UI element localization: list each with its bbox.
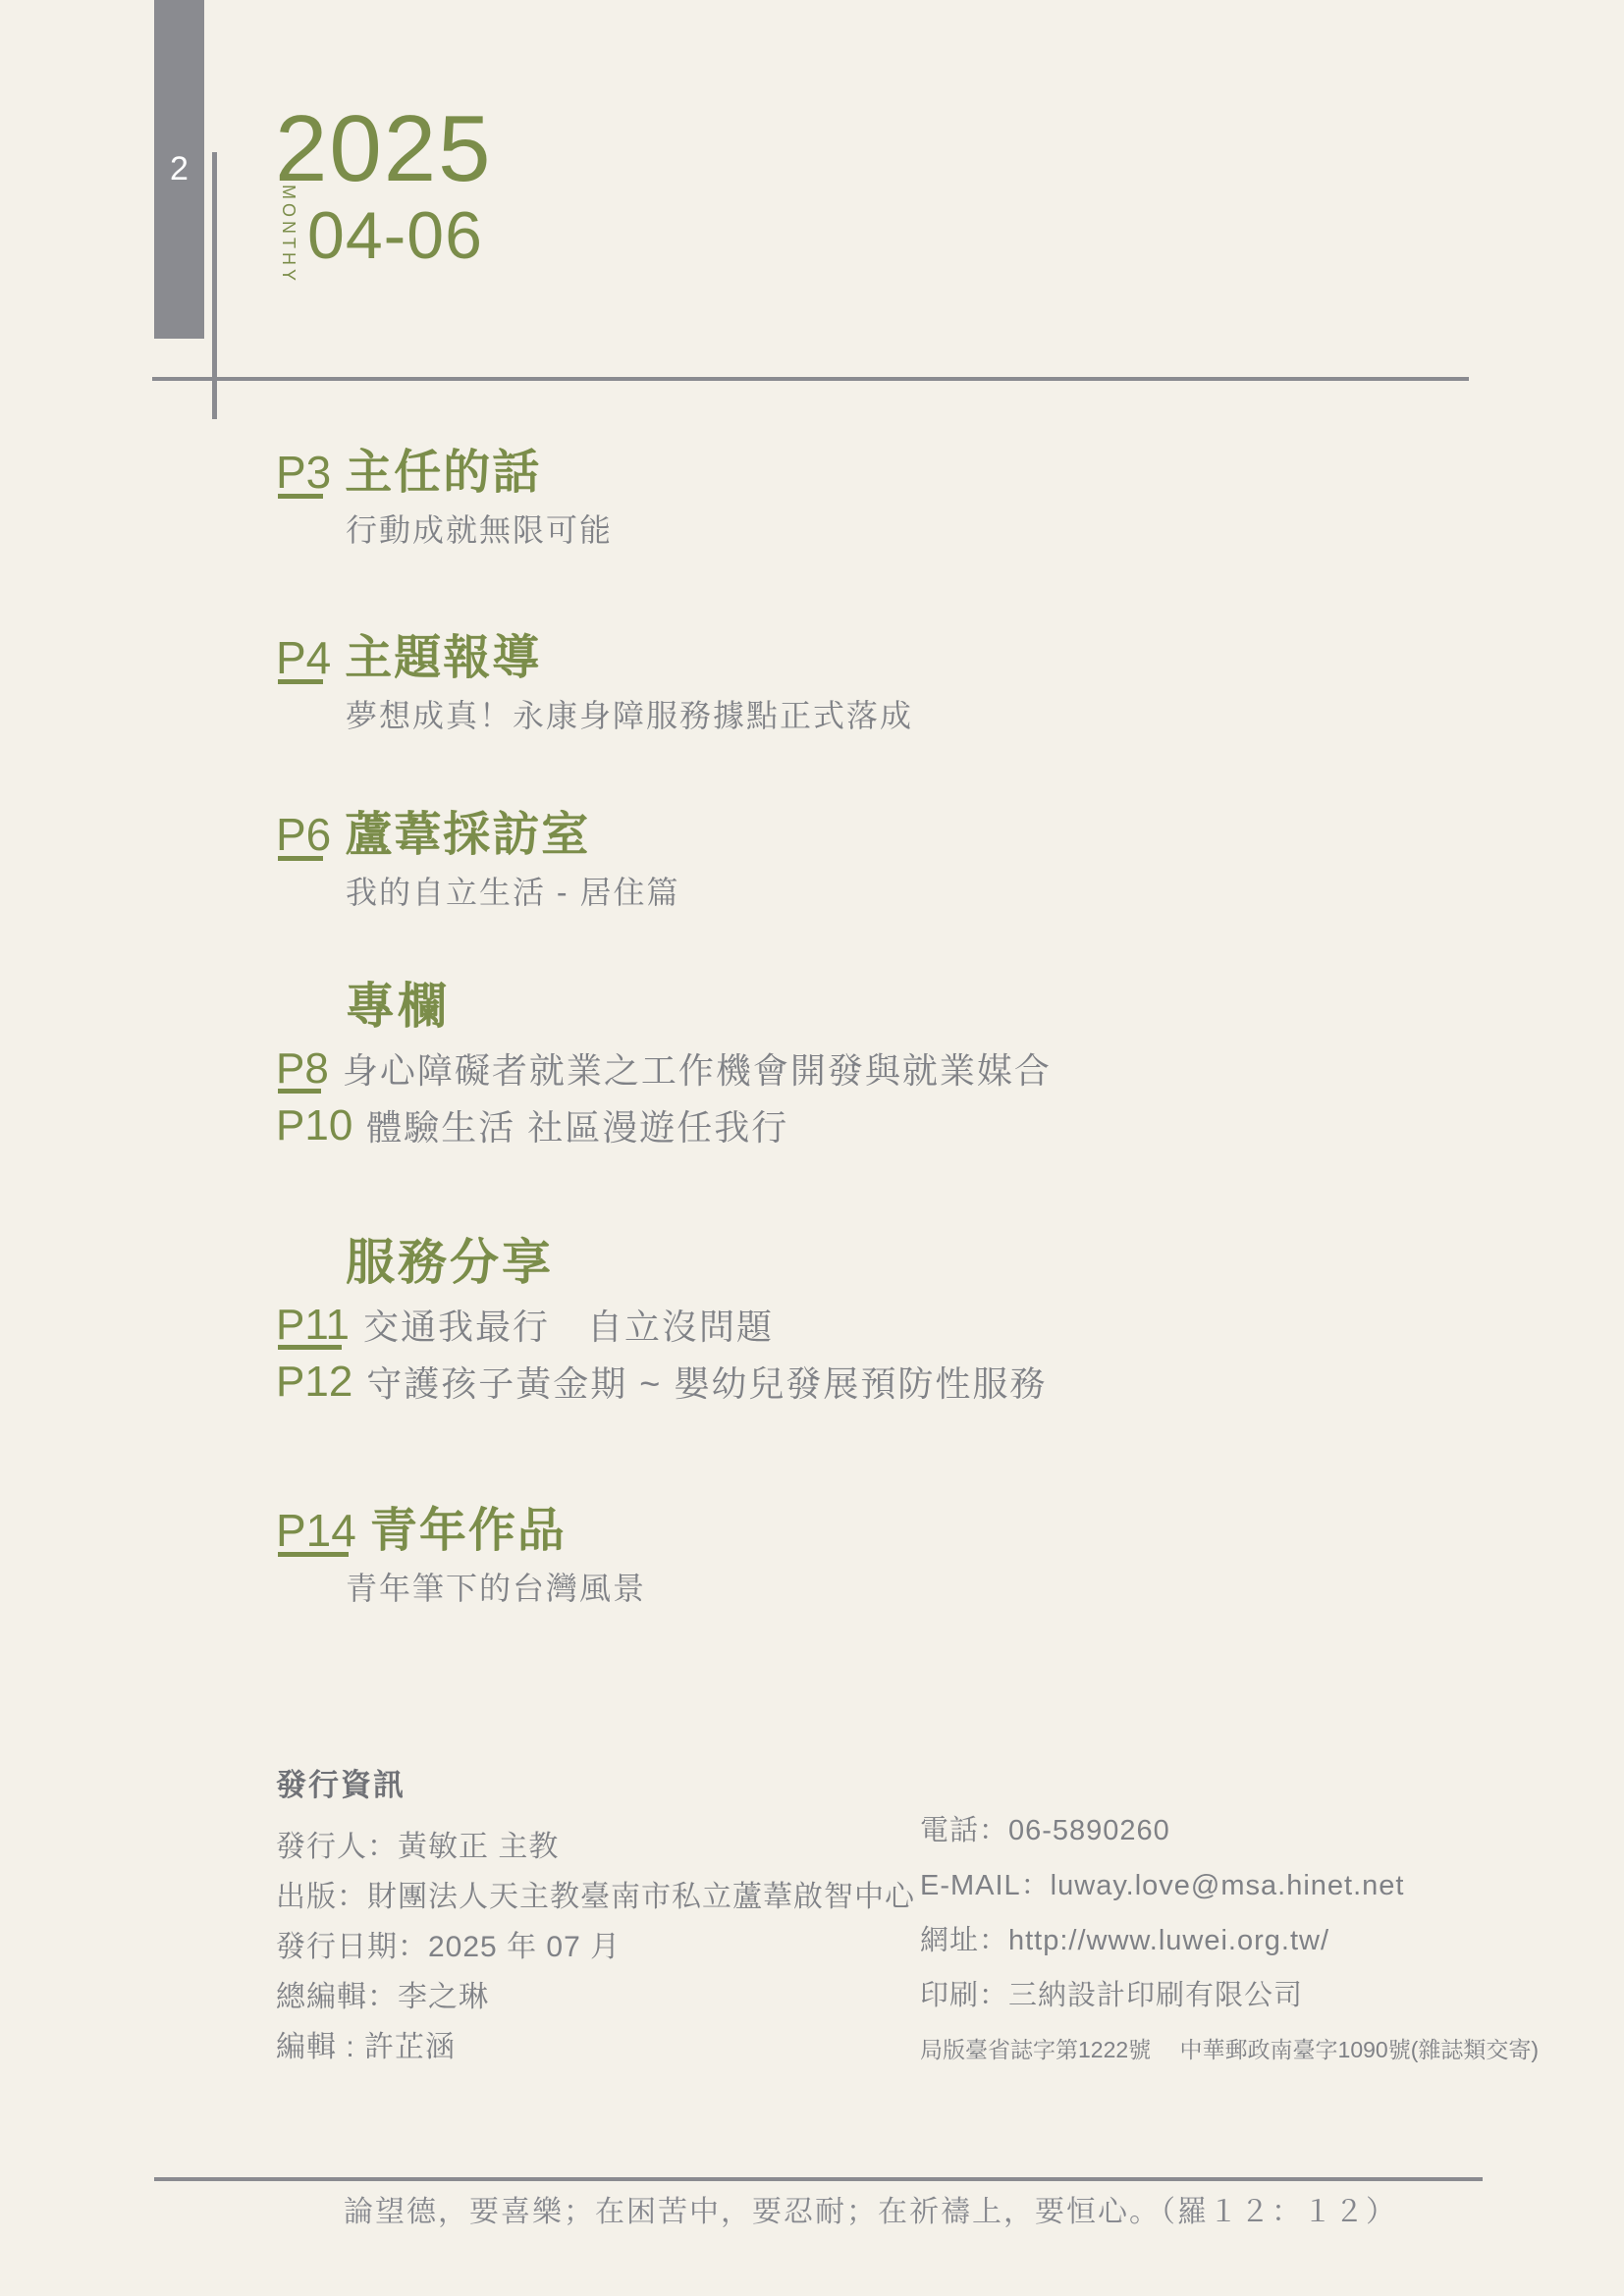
month-range: 04-06 (307, 202, 483, 269)
printer-row: 印刷：三納設計印刷有限公司 (920, 1982, 1539, 2010)
toc-entry-title: 青年作品 (370, 1506, 567, 1558)
toc-entry-row: P3 主任的話 (276, 448, 613, 500)
toc-page-label: P12 (276, 1359, 352, 1406)
publication-info-left: 發行資訊 發行人：黃敏正 主教 出版：財團法人天主教臺南市私立蘆葦啟智中心 發行… (276, 1760, 915, 2083)
email-row: E-MAIL：luway.love@msa.hinet.net (920, 1872, 1539, 1900)
toc-section-row: P8 身心障礙者就業之工作機會開發與就業媒合 (276, 1045, 1052, 1093)
editor-row: 編輯 : 許芷涵 (276, 2033, 915, 2062)
toc-page-label: P4 (276, 633, 331, 683)
toc-entry-row: P6 蘆葦採訪室 (276, 810, 679, 862)
publisher-row: 發行人：黃敏正 主教 (276, 1833, 915, 1862)
toc-page-label: P8 (276, 1045, 329, 1093)
toc-entry-row: P14 青年作品 (276, 1506, 646, 1558)
footer-divider (154, 2177, 1483, 2181)
toc-entry-title: 蘆葦採訪室 (345, 810, 590, 862)
toc-page-label: P14 (276, 1506, 356, 1556)
toc-section-row: P11 交通我最行 自立沒問題 (276, 1302, 1047, 1349)
toc-entry: P4 主題報導 夢想成真！永康身障服務據點正式落成 (276, 633, 913, 733)
toc-row-text: 身心障礙者就業之工作機會開發與就業媒合 (343, 1049, 1052, 1092)
toc-section-row: P10 體驗生活 社區漫遊任我行 (276, 1102, 1052, 1149)
toc-entry-subtitle: 青年筆下的台灣風景 (346, 1572, 646, 1606)
toc-entry-subtitle: 行動成就無限可能 (346, 513, 613, 548)
chief-editor-row: 總編輯：李之琳 (276, 1983, 915, 2012)
publication-info-right: 電話：06-5890260 E-MAIL：luway.love@msa.hine… (920, 1817, 1539, 2064)
publishing-org-row: 出版：財團法人天主教臺南市私立蘆葦啟智中心 (276, 1883, 915, 1912)
toc-row-text: 守護孩子黃金期 ~ 嬰幼兒發展預防性服務 (366, 1362, 1047, 1405)
toc-section-row: P12 守護孩子黃金期 ~ 嬰幼兒發展預防性服務 (276, 1359, 1047, 1406)
toc-section: 專欄 P8 身心障礙者就業之工作機會開發與就業媒合 P10 體驗生活 社區漫遊任… (276, 979, 1052, 1149)
toc-entry-subtitle: 我的自立生活 - 居住篇 (346, 876, 679, 910)
toc-section: 服務分享 P11 交通我最行 自立沒問題 P12 守護孩子黃金期 ~ 嬰幼兒發展… (276, 1235, 1047, 1406)
toc-entry: P3 主任的話 行動成就無限可能 (276, 448, 613, 548)
toc-page-label: P11 (276, 1302, 350, 1349)
publication-info-heading: 發行資訊 (276, 1760, 915, 1804)
toc-entry-title: 主題報導 (345, 633, 541, 685)
magazine-toc-page: 2 2025 MONTHY 04-06 P3 主任的話 行動成就無限可能 P4 … (0, 0, 1624, 2296)
toc-row-text: 體驗生活 社區漫遊任我行 (366, 1106, 788, 1148)
toc-page-label: P3 (276, 448, 331, 498)
header-divider (152, 377, 1469, 381)
toc-entry-row: P4 主題報導 (276, 633, 913, 685)
toc-entry: P14 青年作品 青年筆下的台灣風景 (276, 1506, 646, 1606)
publish-date-row: 發行日期：2025 年 07 月 (276, 1933, 915, 1962)
phone-row: 電話：06-5890260 (920, 1817, 1539, 1845)
footer-quote: 論望德，要喜樂；在困苦中，要忍耐；在祈禱上，要恒心。（羅１２：１２） (344, 2195, 1397, 2230)
website-row: 網址：http://www.luwei.org.tw/ (920, 1927, 1539, 1955)
toc-page-label: P6 (276, 810, 331, 860)
page-number: 2 (170, 0, 189, 186)
toc-entry-title: 主任的話 (345, 448, 541, 500)
toc-page-label: P10 (276, 1102, 352, 1149)
monthly-label: MONTHY (280, 185, 298, 285)
toc-entry: P6 蘆葦採訪室 我的自立生活 - 居住篇 (276, 810, 679, 910)
toc-entry-subtitle: 夢想成真！永康身障服務據點正式落成 (346, 699, 913, 733)
toc-row-text: 交通我最行 自立沒問題 (363, 1306, 774, 1348)
toc-section-heading: 專欄 (346, 979, 1052, 1036)
registration-line: 局版臺省誌字第1222號 中華郵政南臺字1090號(雜誌類交寄) (920, 2037, 1539, 2064)
page-number-tab: 2 (154, 0, 204, 339)
toc-section-heading: 服務分享 (346, 1235, 1047, 1292)
year-title: 2025 (275, 102, 493, 196)
